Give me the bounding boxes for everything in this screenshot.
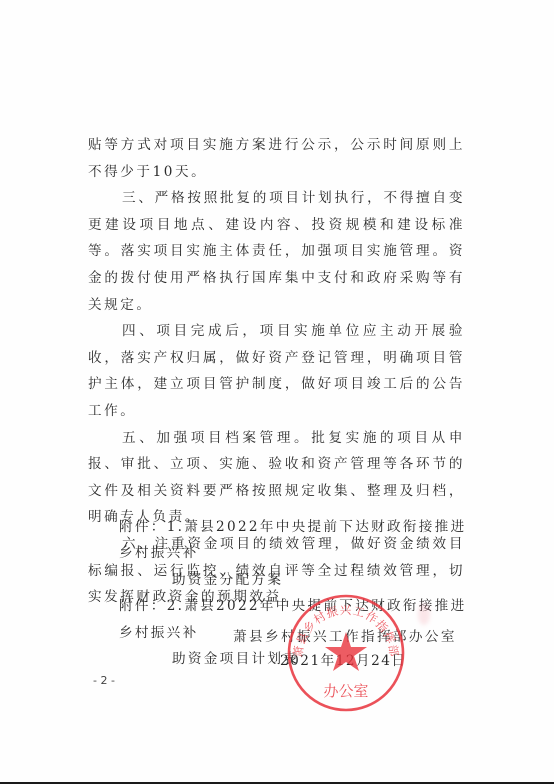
page-number: - 2 - [93, 674, 115, 687]
seal-bottom-text: 办公室 [323, 682, 368, 700]
attachment-label: 附件： [119, 598, 167, 614]
paragraph-continued: 贴等方式对项目实施方案进行公示，公示时间原则上不得少于10天。 [88, 132, 465, 185]
ink-smudge [418, 603, 430, 625]
official-seal-icon: 萧县乡村振兴工作指挥部 办公室 [285, 592, 407, 714]
attachment-label: 附件： [119, 519, 167, 535]
document-page: 贴等方式对项目实施方案进行公示，公示时间原则上不得少于10天。 三、严格按照批复… [0, 0, 554, 782]
attachment-item-1: 附件：1.萧县2022年中央提前下达财政衔接推进乡村振兴补 助资金分配方案 [119, 514, 469, 593]
paragraph-item-3: 三、严格按照批复的项目计划执行，不得擅自变更建设项目地点、建设内容、投资规模和建… [88, 185, 465, 318]
attachment-title-line2: 助资金分配方案 [119, 567, 469, 593]
paragraph-item-4: 四、项目完成后，项目实施单位应主动开展验收，落实产权归属，做好资产登记管理，明确… [88, 318, 465, 424]
attachment-title-line1: 1.萧县2022年中央提前下达财政衔接推进乡村振兴补 [119, 519, 466, 561]
